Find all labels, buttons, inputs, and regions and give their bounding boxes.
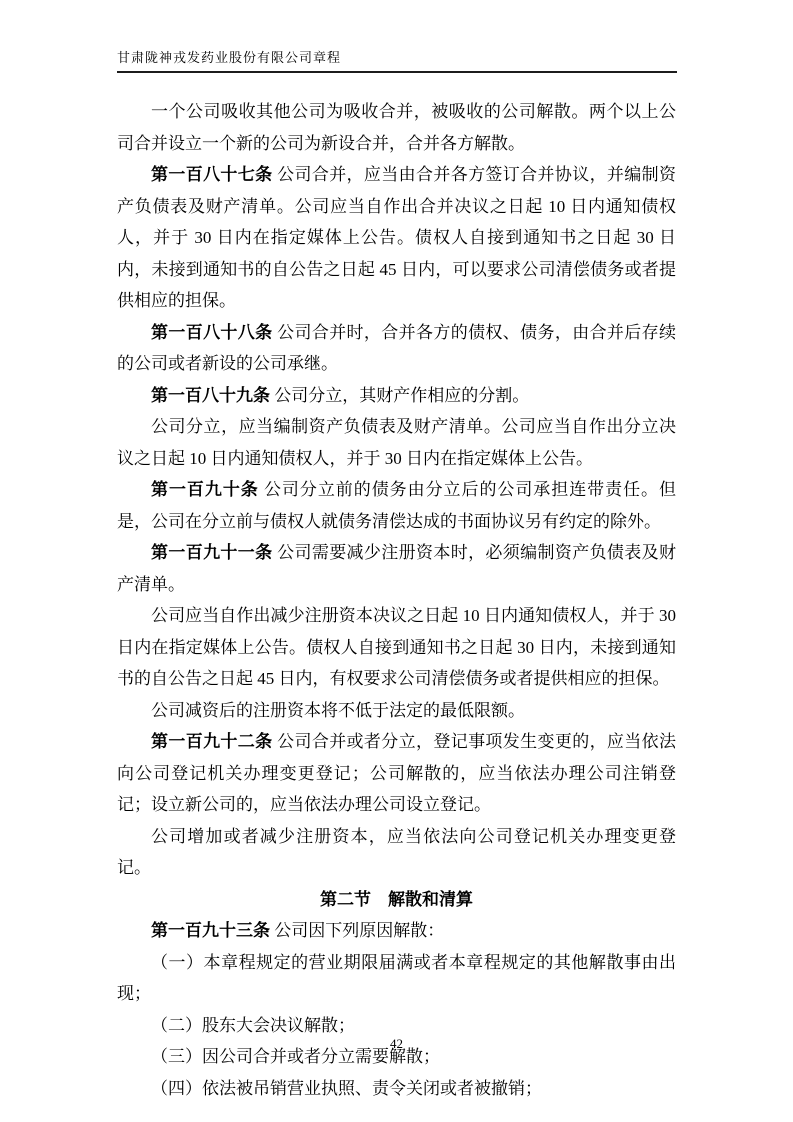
header-title: 甘肃陇神戎发药业股份有限公司章程 xyxy=(117,50,677,71)
article-paragraph: 第一百八十七条 公司合并，应当由合并各方签订合并协议，并编制资产负债表及财产清单… xyxy=(117,159,676,317)
paragraph: （一）本章程规定的营业期限届满或者本章程规定的其他解散事由出现； xyxy=(117,947,676,1010)
document-page: 甘肃陇神戎发药业股份有限公司章程 一个公司吸收其他公司为吸收合并，被吸收的公司解… xyxy=(0,0,793,1122)
article-number: 第一百九十二条 xyxy=(151,732,273,751)
article-paragraph: 第一百九十三条 公司因下列原因解散： xyxy=(117,915,676,947)
paragraph: （四）依法被吊销营业执照、责令关闭或者被撤销； xyxy=(117,1073,676,1105)
paragraph: 公司增加或者减少注册资本，应当依法向公司登记机关办理变更登记。 xyxy=(117,821,676,884)
header-rule xyxy=(117,71,677,73)
article-number: 第一百九十一条 xyxy=(151,543,273,562)
article-paragraph: 第一百八十八条 公司合并时，合并各方的债权、债务，由合并后存续的公司或者新设的公… xyxy=(117,317,676,380)
article-paragraph: 第一百九十条 公司分立前的债务由分立后的公司承担连带责任。但是，公司在分立前与债… xyxy=(117,474,676,537)
paragraph: 公司分立，应当编制资产负债表及财产清单。公司应当自作出分立决议之日起 10 日内… xyxy=(117,411,676,474)
page-footer: 42 xyxy=(0,1036,793,1052)
article-paragraph: 第一百八十九条 公司分立，其财产作相应的分割。 xyxy=(117,380,676,412)
page-number: 42 xyxy=(390,1036,403,1051)
article-number: 第一百八十八条 xyxy=(151,323,273,342)
article-paragraph: 第一百九十一条 公司需要减少注册资本时，必须编制资产负债表及财产清单。 xyxy=(117,537,676,600)
paragraph: 公司减资后的注册资本将不低于法定的最低限额。 xyxy=(117,695,676,727)
paragraph: 一个公司吸收其他公司为吸收合并，被吸收的公司解散。两个以上公司合并设立一个新的公… xyxy=(117,96,676,159)
article-paragraph: 第一百九十二条 公司合并或者分立，登记事项发生变更的，应当依法向公司登记机关办理… xyxy=(117,726,676,821)
article-number: 第一百九十三条 xyxy=(151,921,270,940)
article-number: 第一百九十条 xyxy=(151,480,259,499)
paragraph: 公司应当自作出减少注册资本决议之日起 10 日内通知债权人，并于 30 日内在指… xyxy=(117,600,676,695)
article-number: 第一百八十九条 xyxy=(151,386,270,405)
document-body: 一个公司吸收其他公司为吸收合并，被吸收的公司解散。两个以上公司合并设立一个新的公… xyxy=(117,96,676,1104)
page-header: 甘肃陇神戎发药业股份有限公司章程 xyxy=(117,50,677,73)
article-number: 第一百八十七条 xyxy=(151,165,273,184)
section-heading: 第二节 解散和清算 xyxy=(117,884,676,916)
